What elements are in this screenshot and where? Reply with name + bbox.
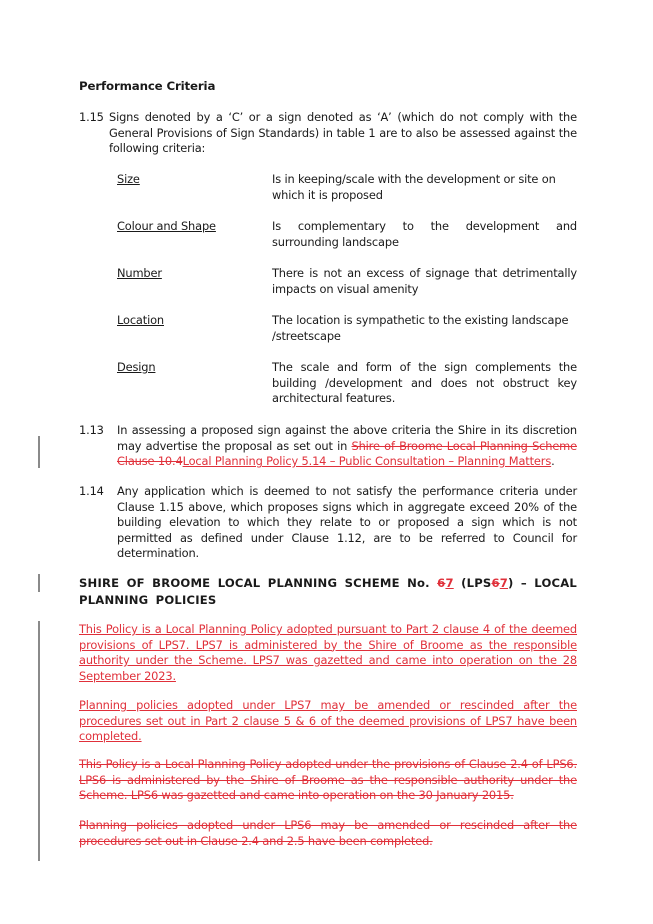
heading-text: (LPS: [454, 576, 492, 590]
clause-1-13: 1.13 In assessing a proposed sign agains…: [79, 423, 577, 470]
criteria-label-location: Location: [117, 313, 164, 327]
clause-text: Any application which is deemed to not s…: [117, 484, 577, 562]
inserted-text: 7: [500, 576, 508, 590]
change-bar: [38, 621, 40, 861]
criteria-desc-number: There is not an excess of signage that d…: [272, 266, 577, 297]
criteria-desc-size: Is in keeping/scale with the development…: [272, 172, 577, 203]
criteria-label-design: Design: [117, 360, 155, 374]
inserted-text: 7: [445, 576, 453, 590]
criteria-desc-location: The location is sympathetic to the exist…: [272, 313, 577, 344]
deleted-text: 6: [491, 576, 499, 590]
change-bar: [38, 574, 40, 592]
inserted-paragraph: This Policy is a Local Planning Policy a…: [79, 622, 577, 684]
criteria-label-colour-shape: Colour and Shape: [117, 219, 216, 233]
clause-1-15: 1.15 Signs denoted by a ‘C’ or a sign de…: [79, 110, 577, 157]
performance-criteria-heading: Performance Criteria: [79, 79, 215, 93]
clause-number: 1.14: [79, 484, 104, 500]
criteria-label-size: Size: [117, 172, 140, 186]
heading-text: SHIRE OF BROOME LOCAL PLANNING SCHEME No…: [79, 576, 437, 590]
criteria-label-number: Number: [117, 266, 162, 280]
clause-1-14: 1.14 Any application which is deemed to …: [79, 484, 577, 562]
clause-text: Signs denoted by a ‘C’ or a sign denoted…: [109, 110, 577, 157]
clause-number: 1.15: [79, 110, 104, 126]
criteria-desc-colour-shape: Is complementary to the development and …: [272, 219, 577, 250]
inserted-text: Local Planning Policy 5.14 – Public Cons…: [183, 454, 552, 468]
deleted-paragraph: This Policy is a Local Planning Policy a…: [79, 757, 577, 804]
section-heading: SHIRE OF BROOME LOCAL PLANNING SCHEME No…: [79, 575, 577, 609]
deleted-paragraph: Planning policies adopted under LPS6 may…: [79, 818, 577, 849]
change-bar: [38, 436, 40, 468]
criteria-desc-text: Is complementary to the development and …: [272, 219, 577, 249]
criteria-desc-design: The scale and form of the sign complemen…: [272, 360, 577, 407]
clause-text-end: .: [551, 454, 554, 468]
clause-number: 1.13: [79, 423, 104, 439]
inserted-paragraph: Planning policies adopted under LPS7 may…: [79, 698, 577, 745]
clause-text: In assessing a proposed sign against the…: [117, 423, 577, 470]
